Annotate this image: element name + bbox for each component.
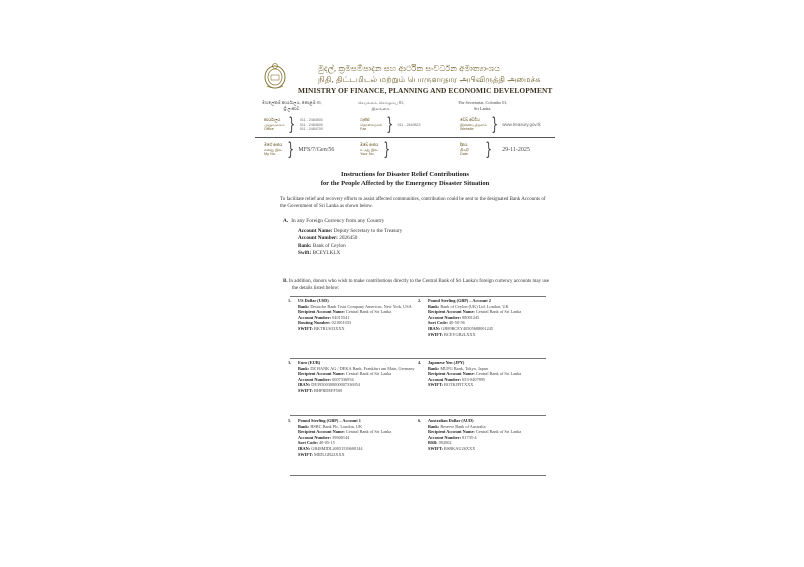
field-label: Recipient Account Name: [428,309,476,314]
website-label: Website [460,127,487,132]
section-a-label: A. [283,218,288,224]
brace-icon: } [386,116,393,134]
bank-account-entry: 4.Japanese Yen (JPY)Bank: MUFG Bank, Tok… [428,360,550,388]
field-label: Account Number: [428,377,462,382]
field-value: Deutsche Bank Trust Company Americas, Ne… [310,304,411,309]
account-detail-row: SWIFT: MIDLGB22XXX [298,452,420,458]
field-value: BOTKJPJTXXX [444,382,473,387]
bank-account-entry: 6.Australian Dollar (AUD)Bank: Reserve B… [428,418,550,452]
field-label: IBAN: [298,382,311,387]
document-date: 29-11-2025 [502,147,530,153]
section-b-label: B. [283,279,288,284]
field-label: Recipient Account Name: [298,309,346,314]
field-value: 04015541 [332,315,349,320]
address-line: ශ්‍රී ලංකාව. [262,106,322,112]
address-line: Sri Lanka. [458,106,507,112]
section-a-heading: A.In any Foreign Currency from any Count… [283,218,384,224]
ministry-title-english: MINISTRY OF FINANCE, PLANNING AND ECONOM… [298,86,552,95]
brace-icon: } [491,116,498,134]
field-label: Account Number: [298,235,338,241]
fax-number: 011 - 2449823 [398,123,421,127]
entry-number: 6. [418,418,421,424]
field-value: 021001033 [332,320,351,325]
field-label: Bank: [298,366,310,371]
field-value: 653-0407895 [462,377,485,382]
field-label: Bank: [298,424,310,429]
field-value: GB48MIDL40051539600144 [311,446,362,451]
field-value: DZ BANK AG / DEKA Bank, Frankfurt am Mai… [310,366,414,371]
website-block: වෙබ් අඩවිය இணையத்தளம் Website } www.trea… [460,116,541,134]
entry-number: 4. [418,360,421,366]
table-divider [290,296,546,297]
field-value: DE39500300000007336954 [311,382,360,387]
field-label: Swift: [298,250,311,256]
brace-icon: } [289,116,296,134]
field-label: IBAN: [428,326,441,331]
field-value: 81735-4 [462,435,476,440]
address-line: இலங்கை. [358,106,404,112]
field-label: IBAN: [298,446,311,451]
my-reference-number: MFS/7/Gen/56 [298,147,334,153]
field-label: SWIFT: [298,326,314,331]
field-value: 2026450 [339,235,357,241]
field-value: Bank of Ceylon (UK) Ltd, London, UK [440,304,508,309]
ministry-title-sinhala: මුදල්, ක්‍රමසම්පාදන සහ ආර්ථික සංවර්ධන අම… [318,64,500,74]
field-label: Account Number: [298,435,332,440]
field-label: SWIFT: [298,452,314,457]
title-line-2: for the People Affected by the Emergency… [260,179,550,188]
field-label: Recipient Account Name: [298,429,346,434]
field-value: Deputy Secretary to the Treasury [334,228,403,234]
field-label: Account Number: [298,315,332,320]
field-label: Sort Code: [298,440,319,445]
entry-number: 3. [288,360,291,366]
field-value: Central Bank of Sri Lanka [476,309,521,314]
table-divider [290,358,546,359]
address-tamil: செயலகம், கொழும்பு 01, இலங்கை. [358,100,404,111]
ministry-title-tamil: நிதி, திட்டமிடல் மற்றும் பொருளாதார அபிவி… [318,75,541,85]
brace-icon: } [383,141,390,159]
field-label: Bank: [298,243,312,249]
section-a-text: In any Foreign Currency from any Country [291,218,384,224]
address-line: The Secretariat, Colombo 01, [458,100,507,106]
field-label: Bank: [298,304,310,309]
address-sinhala: මහලේකම් කාර්යාලය, කොළඹ 01, ශ්‍රී ලංකාව. [262,100,322,111]
field-value: BHFBDEFF500 [314,388,342,393]
brace-icon: } [287,141,294,159]
field-value: Central Bank of Sri Lanka [346,371,391,376]
field-label: Bank: [428,304,440,309]
your-no-block: ඔබේ අංකය உமது இல. Your No. } [360,141,394,159]
entry-number: 5. [288,418,291,424]
field-value: Central Bank of Sri Lanka [476,429,521,434]
entry-number: 1. [288,298,291,304]
address-line: செயலகம், கொழும்பு 01, [358,100,404,106]
account-detail-row: SWIFT: RSBKAU2SXXX [428,446,550,452]
field-value: MUFG Bank, Tokyo, Japan [440,366,487,371]
bank-row: Bank: Bank of Ceylon [298,243,402,250]
title-line-1: Instructions for Disaster Relief Contrib… [260,170,550,179]
bank-account-entry: 2.Pound Sterling (GBP) – Account 2Bank: … [428,298,550,337]
section-b-text: In addition, donors who wish to make con… [289,279,549,291]
field-label: Recipient Account Name: [298,371,346,376]
your-no-label: Your No. [360,152,379,157]
my-no-label: My No. [264,152,283,157]
swift-row: Swift: BCEYLKLX [298,250,402,257]
account-name-row: Account Name: Deputy Secretary to the Tr… [298,228,402,235]
field-label: BSB: [428,440,439,445]
field-value: 0007336954 [332,377,353,382]
account-detail-row: SWIFT: BHFBDEFF500 [298,388,420,394]
fax-block: ෆැක්ස් தொலைநகல் Fax } 011 - 2449823 [360,116,421,134]
date-block: දිනය திகதி Date } 29-11-2025 [460,141,530,159]
section-b-heading: B. In addition, donors who wish to make … [283,278,551,292]
field-label: Account Name: [298,228,332,234]
section-a-account: Account Name: Deputy Secretary to the Tr… [298,228,402,258]
field-label: Recipient Account Name: [428,371,476,376]
field-label: SWIFT: [428,332,444,337]
office-label: Office [264,127,284,132]
field-label: Account Number: [428,315,462,320]
website-link[interactable]: www.treasury.gov.lk [502,123,540,127]
header-divider [255,137,555,138]
date-label: Date [460,152,469,157]
table-divider [290,475,546,476]
account-detail-row: SWIFT: BKTRUS33XXX [298,326,420,332]
fax-label: Fax [360,127,382,132]
field-label: SWIFT: [428,446,444,451]
field-label: Account Number: [298,377,332,382]
field-value: 88001245 [462,315,479,320]
field-value: 39600144 [332,435,349,440]
field-value: GB89BCEY40505688001245 [441,326,493,331]
account-detail-row: SWIFT: BCEYGB2LXXX [428,332,550,338]
field-value: 092002 [439,440,452,445]
field-label: Routing Number: [298,320,332,325]
field-label: Account Number: [428,435,462,440]
field-value: RSBKAU2SXXX [444,446,475,451]
sri-lanka-emblem-icon [264,62,286,90]
field-label: SWIFT: [428,382,444,387]
office-number: 011 - 2484700 [300,127,323,131]
field-value: HSBC Bank Plc, London, UK [310,424,362,429]
account-detail-row: SWIFT: BOTKJPJTXXX [428,382,550,388]
field-value: Reserve Bank of Australia [440,424,485,429]
field-value: Bank of Ceylon [313,243,346,249]
field-value: Central Bank of Sri Lanka [346,429,391,434]
field-value: Central Bank of Sri Lanka [346,309,391,314]
bank-account-entry: 3.Euro (EUR)Bank: DZ BANK AG / DEKA Bank… [298,360,420,394]
field-label: SWIFT: [298,388,314,393]
address-english: The Secretariat, Colombo 01, Sri Lanka. [458,100,507,111]
field-label: Sort Code: [428,320,449,325]
field-value: BKTRUS33XXX [314,326,345,331]
account-number-row: Account Number: 2026450 [298,235,402,242]
field-label: Recipient Account Name: [428,429,476,434]
intro-paragraph: To facilitate relief and recovery effort… [280,196,550,210]
entry-number: 2. [418,298,421,304]
address-line: මහලේකම් කාර්යාලය, කොළඹ 01, [262,100,322,106]
my-no-block: මගේ අංකය எனது இல. My No. } MFS/7/Gen/56 [264,141,334,159]
table-divider [290,415,546,416]
field-value: 40-05-15 [319,440,335,445]
field-value: BCEYLKLX [313,250,341,256]
field-value: MIDLGB22XXX [314,452,345,457]
field-label: Bank: [428,366,440,371]
field-value: 40-50-56 [449,320,465,325]
field-value: BCEYGB2LXXX [444,332,476,337]
office-phone-block: කාර්යාලය அலுவலகம் Office } 011 - 2484500… [264,116,323,134]
brace-icon: } [485,141,492,159]
bank-account-entry: 1.US Dollar (USD)Bank: Deutsche Bank Tru… [298,298,420,332]
field-label: Bank: [428,424,440,429]
bank-account-entry: 5.Pound Sterling (GBP) – Account 1Bank: … [298,418,420,457]
document-title: Instructions for Disaster Relief Contrib… [260,170,550,188]
field-value: Central Bank of Sri Lanka [476,371,521,376]
